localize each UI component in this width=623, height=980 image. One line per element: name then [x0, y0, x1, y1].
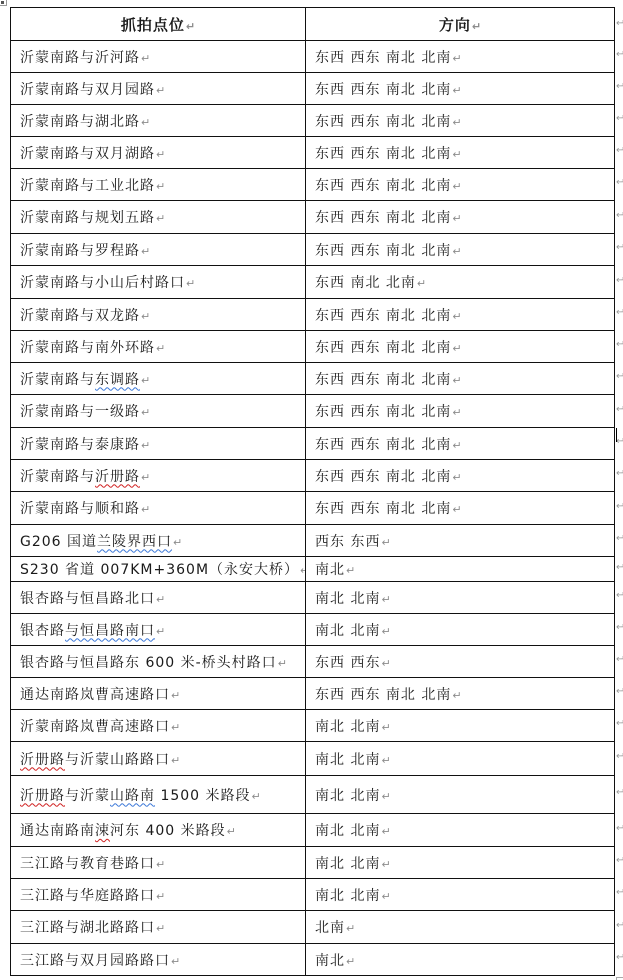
direction-text: 东西 西东 南北 北南 — [315, 50, 451, 66]
location-text: 沂蒙南路与南外环路 — [20, 340, 155, 356]
direction-text: 东西 西东 南北 北南 — [315, 243, 451, 259]
table-row: 沂蒙南路与沂册路↵东西 西东 南北 北南↵ — [11, 460, 615, 492]
location-cell[interactable]: 沂册路与沂蒙山路路口↵ — [11, 742, 306, 776]
row-end-mark-icon: ↩ — [616, 405, 623, 415]
paragraph-mark-icon: ↵ — [141, 245, 150, 258]
paragraph-mark-icon: ↵ — [381, 858, 390, 871]
row-end-mark-icon: ↩ — [616, 888, 623, 898]
direction-cell[interactable]: 南北 北南↵ — [306, 742, 615, 776]
location-text: 沂蒙南路与沂册路 — [20, 469, 140, 485]
location-cell[interactable]: 沂册路与沂蒙山路南 1500 米路段↵ — [11, 776, 306, 814]
table-row: 通达南路南涑河东 400 米路段↵南北 北南↵ — [11, 814, 615, 847]
location-cell[interactable]: 沂蒙南路与双月园路↵ — [11, 73, 306, 105]
direction-cell[interactable]: 南北 北南↵ — [306, 582, 615, 614]
direction-cell[interactable]: 东西 南北 北南↵ — [306, 266, 615, 299]
location-cell[interactable]: 沂蒙南路与工业北路↵ — [11, 169, 306, 201]
header-location-cell[interactable]: 抓拍点位↵ — [11, 8, 306, 41]
table-row: 沂蒙南路与双月湖路↵东西 西东 南北 北南↵ — [11, 137, 615, 169]
paragraph-mark-icon: ↵ — [141, 310, 150, 323]
paragraph-mark-icon: ↵ — [156, 922, 165, 935]
table-header-row: 抓拍点位↵ 方向↵ — [11, 8, 615, 41]
direction-text: 东西 南北 北南 — [315, 275, 416, 291]
direction-cell[interactable]: 南北 北南↵ — [306, 814, 615, 847]
table-row: 沂蒙南路岚曹高速路口↵南北 北南↵ — [11, 710, 615, 742]
spellcheck-underline[interactable]: 东调路 — [95, 372, 140, 388]
table-row: 沂蒙南路与小山后村路口↵东西 南北 北南↵ — [11, 266, 615, 299]
location-text: 沂册路与沂蒙山路南 1500 米路段 — [20, 788, 251, 804]
direction-text: 东西 西东 南北 北南 — [315, 82, 451, 98]
location-cell[interactable]: 沂蒙南路与双月湖路↵ — [11, 137, 306, 169]
row-end-mark-icon: ↩ — [616, 114, 623, 124]
location-cell[interactable]: 银杏路与恒昌路南口↵ — [11, 614, 306, 646]
location-cell[interactable]: 通达南路岚曹高速路口↵ — [11, 678, 306, 710]
direction-text: 南北 北南 — [315, 623, 380, 639]
paragraph-mark-icon: ↵ — [452, 503, 461, 516]
location-cell[interactable]: 银杏路与恒昌路东 600 米-桥头村路口↵ — [11, 646, 306, 678]
row-end-mark-icon: ↩ — [616, 308, 623, 318]
paragraph-mark-icon: ↵ — [186, 20, 195, 33]
location-text: S230 省道 007KM+360M（永安大桥） — [20, 562, 299, 578]
location-text: 沂蒙南路与双龙路 — [20, 308, 140, 324]
direction-text: 北南 — [315, 920, 345, 936]
location-text: 沂蒙南路与工业北路 — [20, 178, 155, 194]
paragraph-mark-icon: ↵ — [452, 212, 461, 225]
paragraph-mark-icon: ↵ — [173, 536, 182, 549]
paragraph-mark-icon: ↵ — [452, 245, 461, 258]
paragraph-mark-icon: ↵ — [452, 689, 461, 702]
paragraph-mark-icon: ↵ — [171, 689, 180, 702]
paragraph-mark-icon: ↵ — [252, 790, 261, 803]
paragraph-mark-icon: ↵ — [156, 212, 165, 225]
direction-cell[interactable]: 北南↵ — [306, 911, 615, 944]
table-row: 沂蒙南路与双月园路↵东西 西东 南北 北南↵ — [11, 73, 615, 105]
direction-cell[interactable]: 东西 西东 南北 北南↵ — [306, 428, 615, 460]
row-end-mark-icon: ↩ — [616, 824, 623, 834]
paragraph-mark-icon: ↵ — [452, 342, 461, 355]
table-row: 沂蒙南路与南外环路↵东西 西东 南北 北南↵ — [11, 331, 615, 363]
row-end-mark-icon: ↩ — [616, 502, 623, 512]
direction-text: 南北 北南 — [315, 591, 380, 607]
row-end-mark-icon: ↩ — [616, 655, 623, 665]
direction-text: 东西 西东 南北 北南 — [315, 114, 451, 130]
direction-cell[interactable]: 东西 西东 南北 北南↵ — [306, 105, 615, 137]
direction-text: 东西 西东 南北 北南 — [315, 437, 451, 453]
location-text: 银杏路与恒昌路南口 — [20, 623, 155, 639]
location-text: G206 国道兰陵界西口 — [20, 534, 172, 550]
location-cell[interactable]: 沂蒙南路与泰康路↵ — [11, 428, 306, 460]
direction-text: 南北 — [315, 953, 345, 969]
direction-text: 南北 北南 — [315, 856, 380, 872]
location-text: 沂册路与沂蒙山路路口 — [20, 752, 170, 768]
location-cell[interactable]: 三江路与华庭路路口↵ — [11, 879, 306, 911]
paragraph-mark-icon: ↵ — [381, 657, 390, 670]
direction-text: 东西 西东 南北 北南 — [315, 372, 451, 388]
paragraph-mark-icon: ↵ — [472, 20, 481, 33]
location-cell[interactable]: 沂蒙南路与顺和路↵ — [11, 492, 306, 525]
paragraph-mark-icon: ↵ — [141, 52, 150, 65]
direction-text: 东西 西东 南北 北南 — [315, 146, 451, 162]
paragraph-mark-icon: ↵ — [141, 406, 150, 419]
paragraph-mark-icon: ↵ — [346, 564, 355, 577]
paragraph-mark-icon: ↵ — [156, 84, 165, 97]
location-text: 银杏路与恒昌路北口 — [20, 591, 155, 607]
table-row: 三江路与湖北路路口↵北南↵ — [11, 911, 615, 944]
table-row: 三江路与双月园路路口↵南北↵ — [11, 944, 615, 976]
paragraph-mark-icon: ↵ — [141, 439, 150, 452]
paragraph-mark-icon: ↵ — [381, 536, 390, 549]
table-row: 沂蒙南路与双龙路↵东西 西东 南北 北南↵ — [11, 299, 615, 331]
direction-text: 东西 西东 南北 北南 — [315, 687, 451, 703]
table-row: 沂蒙南路与罗程路↵东西 西东 南北 北南↵ — [11, 234, 615, 266]
location-text: 沂蒙南路与沂河路 — [20, 50, 140, 66]
table-row: 沂册路与沂蒙山路南 1500 米路段↵南北 北南↵ — [11, 776, 615, 814]
table-row: 三江路与华庭路路口↵南北 北南↵ — [11, 879, 615, 911]
direction-text: 南北 — [315, 562, 345, 578]
direction-cell[interactable]: 东西 西东 南北 北南↵ — [306, 137, 615, 169]
row-end-mark-icon: ↩ — [616, 921, 623, 931]
direction-cell[interactable]: 南北 北南↵ — [306, 710, 615, 742]
paragraph-mark-icon: ↵ — [452, 84, 461, 97]
direction-text: 东西 西东 南北 北南 — [315, 308, 451, 324]
table-move-handle[interactable] — [0, 0, 7, 6]
table-row: 沂蒙南路与泰康路↵东西 西东 南北 北南↵ — [11, 428, 615, 460]
paragraph-mark-icon: ↵ — [381, 721, 390, 734]
location-cell[interactable]: 沂蒙南路与规划五路↵ — [11, 201, 306, 234]
location-cell[interactable]: 沂蒙南路与小山后村路口↵ — [11, 266, 306, 299]
row-end-mark-icon: ↩ — [616, 856, 623, 866]
direction-cell[interactable]: 西东 东西↵ — [306, 525, 615, 557]
direction-cell[interactable]: 东西 西东 南北 北南↵ — [306, 363, 615, 395]
row-end-mark-icon: ↩ — [616, 340, 623, 350]
paragraph-mark-icon: ↵ — [346, 955, 355, 968]
row-end-mark-icon: ↩ — [616, 469, 623, 479]
table-row: 沂蒙南路与沂河路↵东西 西东 南北 北南↵ — [11, 41, 615, 73]
location-cell[interactable]: 沂蒙南路与湖北路↵ — [11, 105, 306, 137]
direction-cell[interactable]: 南北 北南↵ — [306, 776, 615, 814]
location-text: 三江路与湖北路路口 — [20, 920, 155, 936]
row-end-mark-icon: ↩ — [616, 50, 623, 60]
location-text: 沂蒙南路与双月湖路 — [20, 146, 155, 162]
paragraph-mark-icon: ↵ — [452, 471, 461, 484]
location-cell[interactable]: G206 国道兰陵界西口↵ — [11, 525, 306, 557]
location-text: 沂蒙南路与一级路 — [20, 404, 140, 420]
direction-cell[interactable]: 南北 北南↵ — [306, 879, 615, 911]
location-cell[interactable]: 沂蒙南路与双龙路↵ — [11, 299, 306, 331]
paragraph-mark-icon: ↵ — [141, 116, 150, 129]
row-end-mark-icon: ↩ — [616, 563, 623, 573]
direction-text: 东西 西东 南北 北南 — [315, 469, 451, 485]
direction-text: 南北 北南 — [315, 719, 380, 735]
table-row: 沂册路与沂蒙山路路口↵南北 北南↵ — [11, 742, 615, 776]
location-text: 沂蒙南路与双月园路 — [20, 82, 155, 98]
location-cell[interactable]: 沂蒙南路与沂河路↵ — [11, 41, 306, 73]
direction-text: 南北 北南 — [315, 752, 380, 768]
paragraph-mark-icon: ↵ — [171, 754, 180, 767]
row-end-mark-icon: ↩ — [616, 372, 623, 382]
paragraph-mark-icon: ↵ — [156, 180, 165, 193]
table-row: S230 省道 007KM+360M（永安大桥）↵南北↵ — [11, 557, 615, 582]
row-end-mark-icon: ↩ — [616, 146, 623, 156]
table-row: 沂蒙南路与工业北路↵东西 西东 南北 北南↵ — [11, 169, 615, 201]
location-cell[interactable]: 三江路与双月园路路口↵ — [11, 944, 306, 976]
location-text: 三江路与教育巷路口 — [20, 856, 155, 872]
table-row: 三江路与教育巷路口↵南北 北南↵ — [11, 847, 615, 879]
direction-cell[interactable]: 南北↵ — [306, 557, 615, 582]
direction-cell[interactable]: 南北↵ — [306, 944, 615, 976]
location-cell[interactable]: 通达南路南涑河东 400 米路段↵ — [11, 814, 306, 847]
paragraph-mark-icon: ↵ — [156, 858, 165, 871]
row-end-mark-icon: ↩ — [616, 591, 623, 601]
table-row: 沂蒙南路与一级路↵东西 西东 南北 北南↵ — [11, 395, 615, 428]
direction-text: 东西 西东 南北 北南 — [315, 178, 451, 194]
paragraph-mark-icon: ↵ — [141, 374, 150, 387]
row-end-mark-icon: ↩ — [616, 19, 623, 29]
direction-cell[interactable]: 东西 西东 南北 北南↵ — [306, 331, 615, 363]
direction-cell[interactable]: 东西 西东 南北 北南↵ — [306, 234, 615, 266]
location-cell[interactable]: 沂蒙南路与南外环路↵ — [11, 331, 306, 363]
direction-text: 东西 西东 南北 北南 — [315, 340, 451, 356]
table-row: 银杏路与恒昌路南口↵南北 北南↵ — [11, 614, 615, 646]
table-row: 银杏路与恒昌路北口↵南北 北南↵ — [11, 582, 615, 614]
paragraph-mark-icon: ↵ — [452, 439, 461, 452]
text-cursor — [616, 428, 617, 442]
table-row: 沂蒙南路与顺和路↵东西 西东 南北 北南↵ — [11, 492, 615, 525]
paragraph-mark-icon: ↵ — [417, 277, 426, 290]
row-end-mark-icon: ↩ — [616, 953, 623, 963]
table-row: 通达南路岚曹高速路口↵东西 西东 南北 北南↵ — [11, 678, 615, 710]
paragraph-mark-icon: ↵ — [452, 180, 461, 193]
location-cell[interactable]: 沂蒙南路与东调路↵ — [11, 363, 306, 395]
location-text: 沂蒙南路与泰康路 — [20, 437, 140, 453]
table-row: 沂蒙南路与湖北路↵东西 西东 南北 北南↵ — [11, 105, 615, 137]
location-text: 三江路与双月园路路口 — [20, 953, 170, 969]
paragraph-mark-icon: ↵ — [452, 374, 461, 387]
direction-cell[interactable]: 东西 西东 南北 北南↵ — [306, 395, 615, 428]
table-row: 沂蒙南路与东调路↵东西 西东 南北 北南↵ — [11, 363, 615, 395]
direction-cell[interactable]: 东西 西东↵ — [306, 646, 615, 678]
direction-text: 东西 西东 南北 北南 — [315, 404, 451, 420]
row-end-mark-icon: ↩ — [616, 82, 623, 92]
paragraph-mark-icon: ↵ — [141, 503, 150, 516]
paragraph-mark-icon: ↵ — [381, 825, 390, 838]
location-cell[interactable]: 沂蒙南路与一级路↵ — [11, 395, 306, 428]
row-end-mark-icon: ↩ — [616, 276, 623, 286]
direction-cell[interactable]: 东西 西东 南北 北南↵ — [306, 41, 615, 73]
paragraph-mark-icon: ↵ — [381, 790, 390, 803]
direction-text: 南北 北南 — [315, 888, 380, 904]
location-text: 通达南路岚曹高速路口 — [20, 687, 170, 703]
paragraph-mark-icon: ↵ — [227, 825, 236, 838]
paragraph-mark-icon: ↵ — [278, 657, 287, 670]
location-text: 沂蒙南路与规划五路 — [20, 210, 155, 226]
header-direction-label: 方向 — [439, 16, 471, 34]
paragraph-mark-icon: ↵ — [452, 310, 461, 323]
paragraph-mark-icon: ↵ — [171, 721, 180, 734]
row-end-mark-icon: ↩ — [616, 687, 623, 697]
row-end-mark-icon: ↩ — [616, 788, 623, 798]
location-text: 沂蒙南路与罗程路 — [20, 243, 140, 259]
direction-cell[interactable]: 东西 西东 南北 北南↵ — [306, 299, 615, 331]
location-text: 沂蒙南路与小山后村路口 — [20, 275, 185, 291]
paragraph-mark-icon: ↵ — [300, 564, 305, 577]
location-cell[interactable]: 沂蒙南路与罗程路↵ — [11, 234, 306, 266]
paragraph-mark-icon: ↵ — [452, 52, 461, 65]
location-cell[interactable]: 沂蒙南路岚曹高速路口↵ — [11, 710, 306, 742]
direction-cell[interactable]: 东西 西东 南北 北南↵ — [306, 460, 615, 492]
row-end-mark-icon: ↩ — [616, 178, 623, 188]
table-row: 沂蒙南路与规划五路↵东西 西东 南北 北南↵ — [11, 201, 615, 234]
paragraph-mark-icon: ↵ — [141, 471, 150, 484]
row-end-mark-icon: ↩ — [616, 752, 623, 762]
direction-cell[interactable]: 东西 西东 南北 北南↵ — [306, 492, 615, 525]
paragraph-mark-icon: ↵ — [381, 890, 390, 903]
table-row: G206 国道兰陵界西口↵西东 东西↵ — [11, 525, 615, 557]
paragraph-mark-icon: ↵ — [156, 342, 165, 355]
location-text: 沂蒙南路与顺和路 — [20, 501, 140, 517]
direction-cell[interactable]: 东西 西东 南北 北南↵ — [306, 201, 615, 234]
row-end-mark-icon: ↩ — [616, 623, 623, 633]
capture-points-table: 抓拍点位↵ 方向↵ 沂蒙南路与沂河路↵东西 西东 南北 北南↵沂蒙南路与双月园路… — [10, 7, 615, 976]
spellcheck-underline[interactable]: 与恒昌路南口 — [65, 623, 155, 639]
direction-text: 南北 北南 — [315, 788, 380, 804]
direction-text: 西东 东西 — [315, 534, 380, 550]
location-cell[interactable]: 三江路与教育巷路口↵ — [11, 847, 306, 879]
spellcheck-underline[interactable]: 沂册路 — [95, 469, 140, 485]
location-cell[interactable]: 银杏路与恒昌路北口↵ — [11, 582, 306, 614]
spellcheck-underline[interactable]: 涑 — [95, 823, 110, 839]
header-direction-cell[interactable]: 方向↵ — [306, 8, 615, 41]
direction-text: 东西 西东 南北 北南 — [315, 501, 451, 517]
direction-cell[interactable]: 东西 西东 南北 北南↵ — [306, 678, 615, 710]
location-text: 沂蒙南路与湖北路 — [20, 114, 140, 130]
paragraph-mark-icon: ↵ — [156, 625, 165, 638]
paragraph-mark-icon: ↵ — [346, 922, 355, 935]
direction-text: 南北 北南 — [315, 823, 380, 839]
location-text: 银杏路与恒昌路东 600 米-桥头村路口 — [20, 655, 277, 671]
spellcheck-underline[interactable]: 沂册路 — [20, 788, 65, 804]
direction-text: 东西 西东 南北 北南 — [315, 210, 451, 226]
direction-cell[interactable]: 东西 西东 南北 北南↵ — [306, 169, 615, 201]
row-end-mark-icon: ↩ — [616, 437, 623, 447]
row-end-mark-icon: ↩ — [616, 719, 623, 729]
paragraph-mark-icon: ↵ — [171, 955, 180, 968]
paragraph-mark-icon: ↵ — [452, 116, 461, 129]
table-row: 银杏路与恒昌路东 600 米-桥头村路口↵东西 西东↵ — [11, 646, 615, 678]
location-cell[interactable]: S230 省道 007KM+360M（永安大桥）↵ — [11, 557, 306, 582]
row-end-mark-icon: ↩ — [616, 243, 623, 253]
direction-cell[interactable]: 南北 北南↵ — [306, 614, 615, 646]
location-text: 沂蒙南路与东调路 — [20, 372, 140, 388]
row-end-mark-icon: ↩ — [616, 534, 623, 544]
paragraph-mark-icon: ↵ — [381, 593, 390, 606]
direction-cell[interactable]: 东西 西东 南北 北南↵ — [306, 73, 615, 105]
paragraph-mark-icon: ↵ — [452, 148, 461, 161]
paragraph-mark-icon: ↵ — [381, 625, 390, 638]
location-text: 沂蒙南路岚曹高速路口 — [20, 719, 170, 735]
header-location-label: 抓拍点位 — [121, 16, 185, 34]
direction-text: 东西 西东 — [315, 655, 380, 671]
row-end-mark-icon: ↩ — [616, 211, 623, 221]
paragraph-mark-icon: ↵ — [156, 890, 165, 903]
direction-cell[interactable]: 南北 北南↵ — [306, 847, 615, 879]
paragraph-mark-icon: ↵ — [156, 593, 165, 606]
spellcheck-underline[interactable]: 山路南 — [110, 788, 155, 804]
paragraph-mark-icon: ↵ — [452, 406, 461, 419]
spellcheck-underline[interactable]: 兰陵界西口 — [97, 534, 172, 550]
location-text: 三江路与华庭路路口 — [20, 888, 155, 904]
paragraph-mark-icon: ↵ — [381, 754, 390, 767]
location-cell[interactable]: 三江路与湖北路路口↵ — [11, 911, 306, 944]
spellcheck-underline[interactable]: 沂册路 — [20, 752, 65, 768]
paragraph-mark-icon: ↵ — [186, 277, 195, 290]
paragraph-mark-icon: ↵ — [156, 148, 165, 161]
location-text: 通达南路南涑河东 400 米路段 — [20, 823, 226, 839]
location-cell[interactable]: 沂蒙南路与沂册路↵ — [11, 460, 306, 492]
